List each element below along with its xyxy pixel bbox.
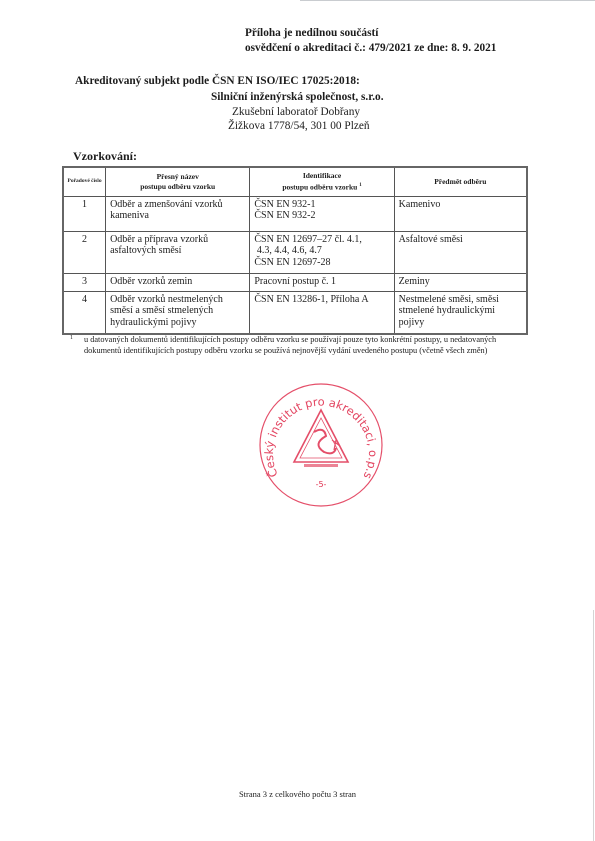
- row-procedure-id: ČSN EN 12697–27 čl. 4.1, 4.3, 4.4, 4.6, …: [250, 231, 394, 273]
- row-procedure-id: ČSN EN 13286-1, Příloha A: [250, 291, 394, 334]
- header-line-2: osvědčení o akreditaci č.: 479/2021 ze d…: [245, 41, 496, 56]
- footnote-text: u datovaných dokumentů identifikujících …: [84, 334, 532, 356]
- row-number: 2: [63, 231, 106, 273]
- row-subject: Kamenivo: [394, 196, 527, 231]
- header-text: Přesný název: [109, 172, 246, 182]
- sampling-table: Pořadové číslo Přesný název postupu odbě…: [62, 166, 528, 335]
- table-row: 1 Odběr a zmenšování vzorků kameniva ČSN…: [63, 196, 527, 231]
- attachment-header: Příloha je nedílnou součástí osvědčení o…: [245, 26, 496, 55]
- footnote-mark: 1: [70, 333, 73, 344]
- row-subject: Asfaltové směsi: [394, 231, 527, 273]
- id-line: ČSN EN 932-2: [254, 210, 389, 222]
- row-number: 1: [63, 196, 106, 231]
- table-row: 3 Odběr vzorků zemin Pracovní postup č. …: [63, 273, 527, 291]
- row-procedure-name: Odběr a zmenšování vzorků kameniva: [106, 196, 250, 231]
- row-subject: Nestmelené směsi, směsi stmelené hydraul…: [394, 291, 527, 334]
- header-text: postupu odběru vzorku: [282, 183, 357, 192]
- header-text: Identifikace: [253, 171, 390, 181]
- id-line: ČSN EN 12697–27 čl. 4.1,: [254, 234, 389, 246]
- table-header-row: Pořadové číslo Přesný název postupu odbě…: [63, 167, 527, 196]
- table-row: 2 Odběr a příprava vzorků asfaltových sm…: [63, 231, 527, 273]
- organization-name: Silniční inženýrská společnost, s.r.o.: [211, 91, 384, 103]
- row-number: 4: [63, 291, 106, 334]
- header-line-1: Příloha je nedílnou součástí: [245, 26, 496, 41]
- row-procedure-name: Odběr vzorků zemin: [106, 273, 250, 291]
- row-subject: Zeminy: [394, 273, 527, 291]
- section-title: Vzorkování:: [73, 149, 137, 164]
- stamp-number: -5-: [316, 480, 327, 489]
- header-procedure-id: Identifikace postupu odběru vzorku 1: [250, 167, 394, 196]
- id-line: ČSN EN 12697-28: [254, 257, 389, 269]
- scan-edge: [300, 0, 595, 1]
- footnote: 1 u datovaných dokumentů identifikujícíc…: [62, 334, 532, 356]
- page-footer: Strana 3 z celkového počtu 3 stran: [0, 789, 595, 799]
- accreditation-stamp-icon: Český institut pro akreditaci, o.p.s. -5…: [256, 380, 386, 510]
- subject-heading: Akreditovaný subjekt podle ČSN EN ISO/IE…: [75, 75, 360, 87]
- row-procedure-id: ČSN EN 932-1 ČSN EN 932-2: [250, 196, 394, 231]
- header-procedure-name: Přesný název postupu odběru vzorku: [106, 167, 250, 196]
- row-number: 3: [63, 273, 106, 291]
- header-text: postupu odběru vzorku: [109, 182, 246, 192]
- scan-edge: [593, 610, 594, 841]
- header-subject: Předmět odběru: [394, 167, 527, 196]
- laboratory-name: Zkušební laboratoř Dobřany: [232, 106, 360, 118]
- row-procedure-name: Odběr a příprava vzorků asfaltových směs…: [106, 231, 250, 273]
- id-line: ČSN EN 932-1: [254, 199, 389, 211]
- table-row: 4 Odběr vzorků nestmelených směsí a směs…: [63, 291, 527, 334]
- footnote-ref: 1: [359, 183, 362, 188]
- address: Žižkova 1778/54, 301 00 Plzeň: [228, 120, 370, 132]
- row-procedure-id: Pracovní postup č. 1: [250, 273, 394, 291]
- id-line: 4.3, 4.4, 4.6, 4.7: [254, 245, 389, 257]
- row-procedure-name: Odběr vzorků nestmelených směsí a směsí …: [106, 291, 250, 334]
- header-order-number: Pořadové číslo: [63, 167, 106, 196]
- header-text: postupu odběru vzorku 1: [253, 181, 390, 193]
